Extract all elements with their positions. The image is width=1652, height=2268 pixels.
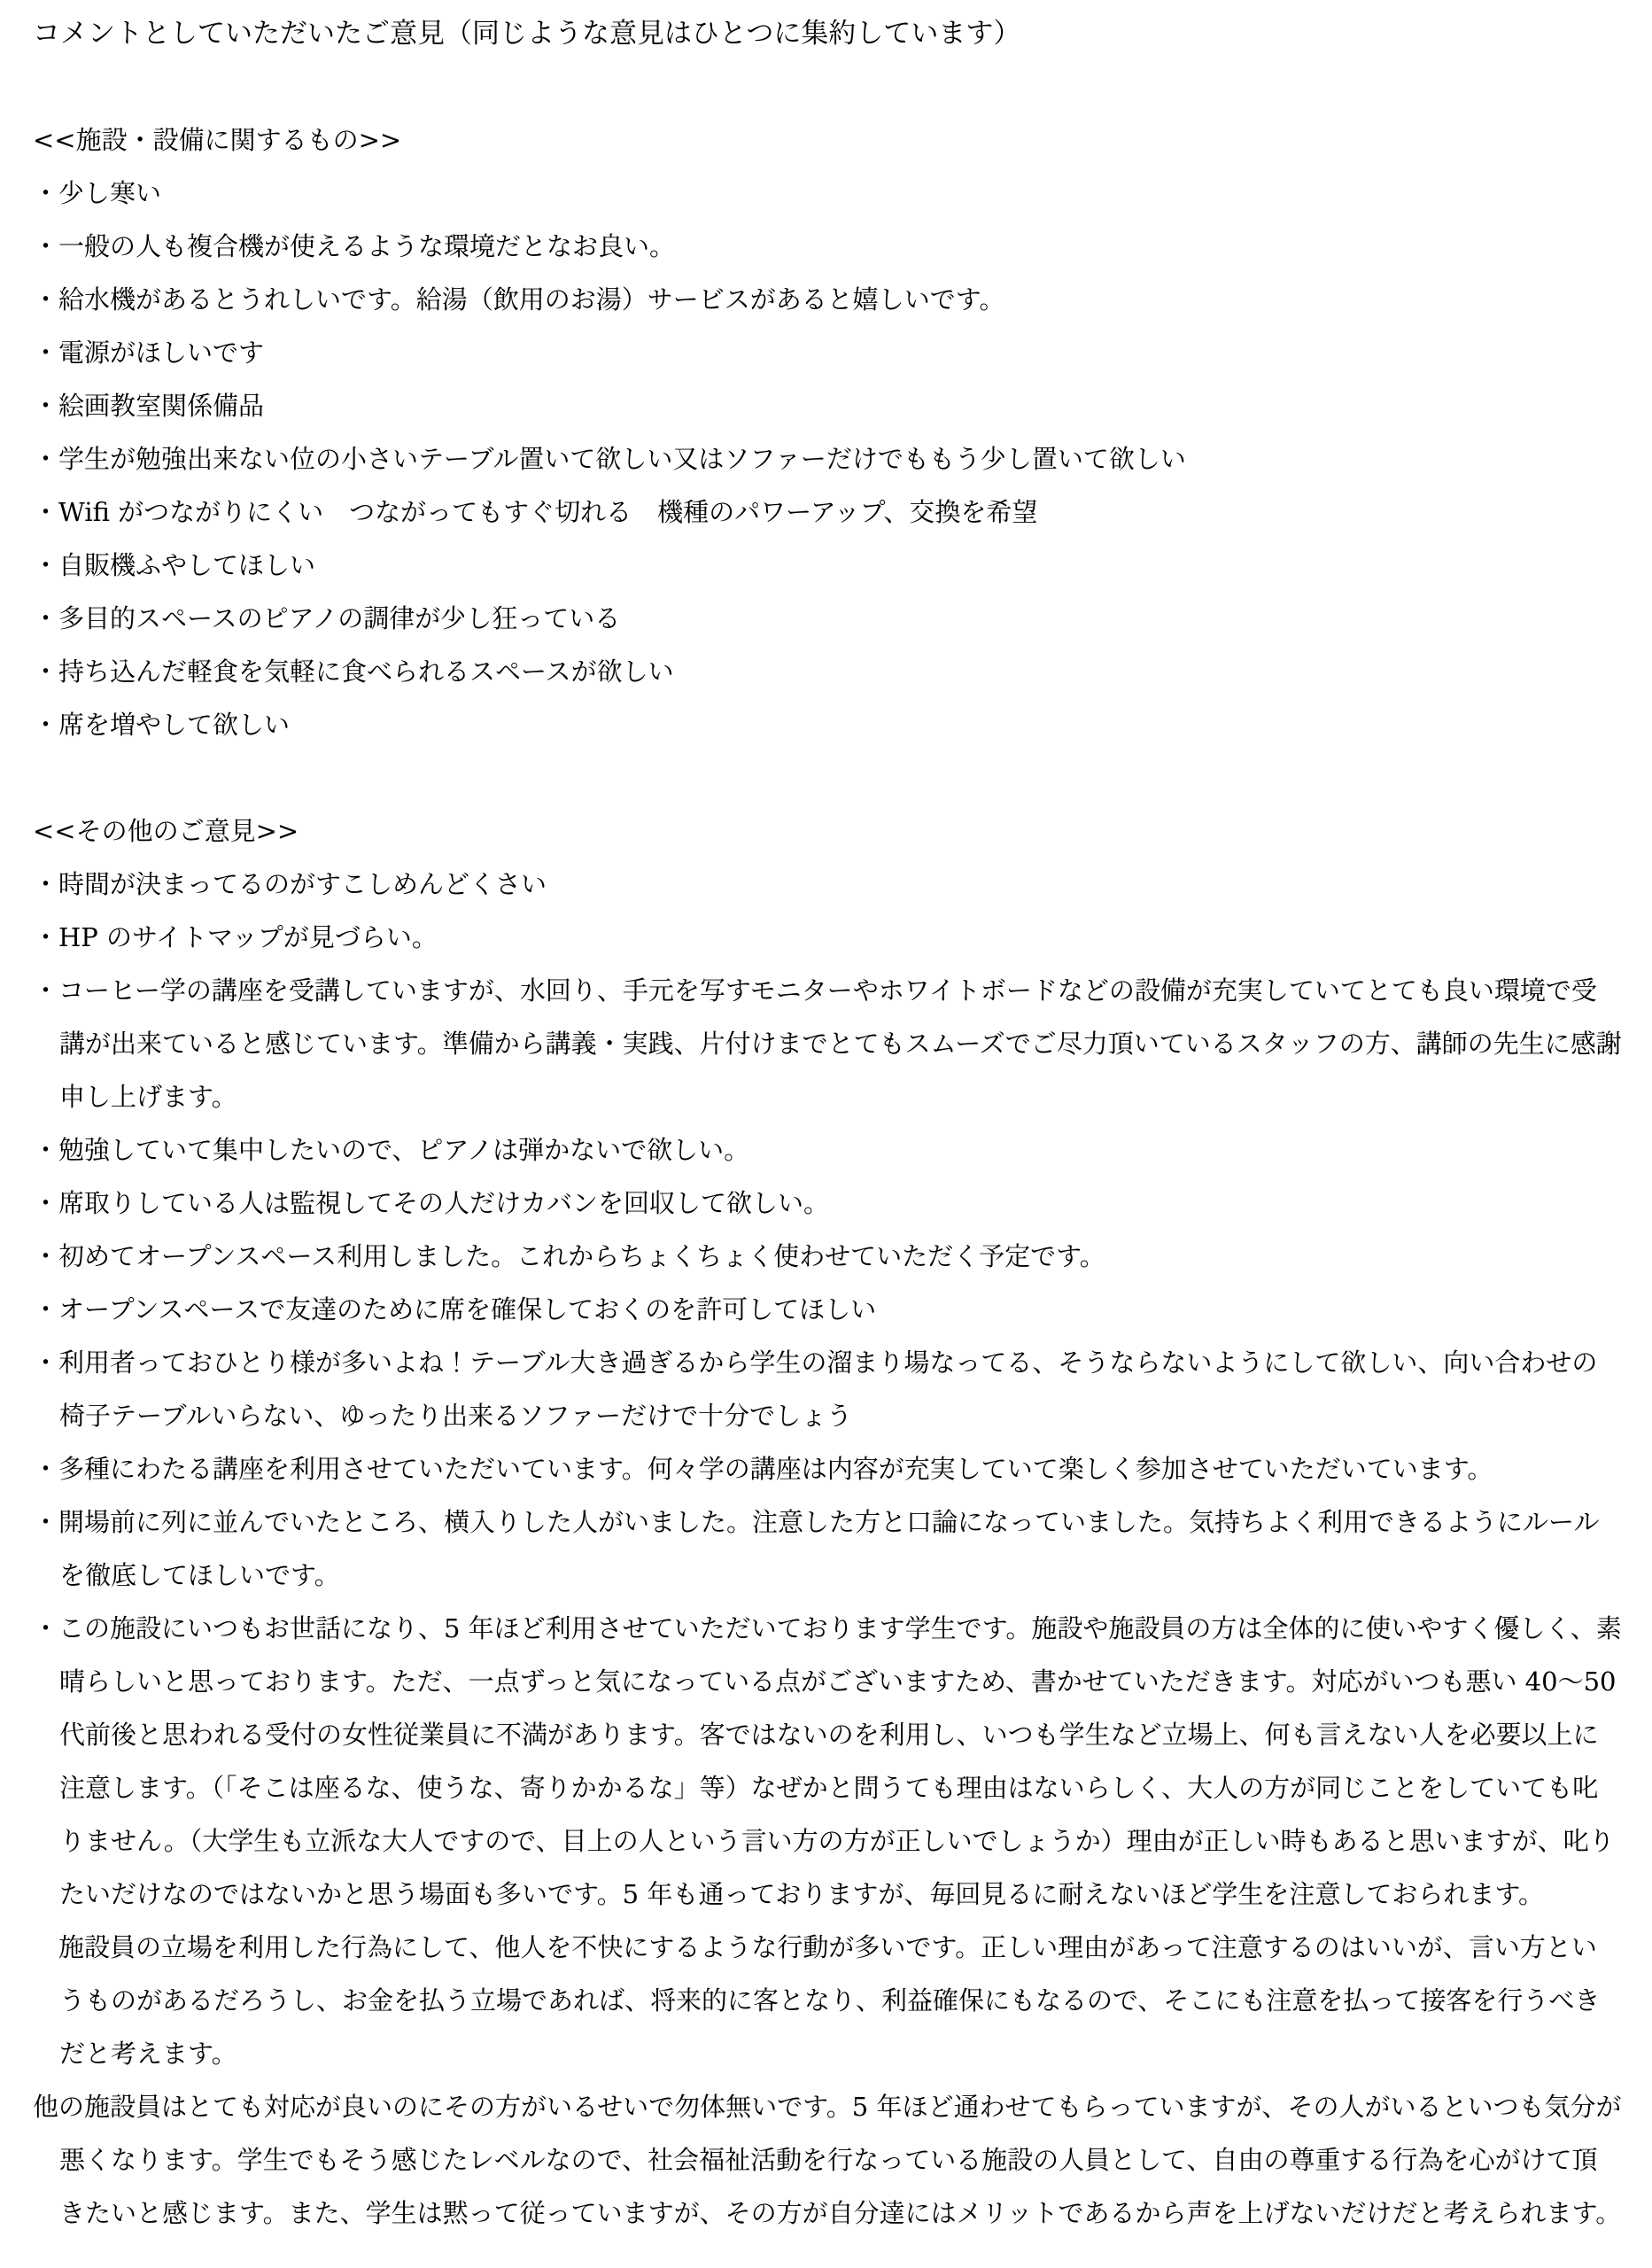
comment-text: 初めてオープンスペース利用しました。これからちょくちょく使わせていただく予定です…: [58, 1241, 1105, 1271]
comment-item: ・初めてオープンスペース利用しました。これからちょくちょく使わせていただく予定で…: [33, 1230, 1622, 1283]
comment-line: ・少し寒い: [59, 167, 1622, 220]
comment-line: ・利用者っておひとり様が多いよね！テーブル大き過ぎるから学生の溜まり場なってる、…: [59, 1336, 1622, 1442]
comment-item: ・利用者っておひとり様が多いよね！テーブル大き過ぎるから学生の溜まり場なってる、…: [33, 1336, 1622, 1442]
comment-line: ・自販機ふやしてほしい: [59, 539, 1622, 592]
bullet-marker: ・: [33, 869, 58, 899]
comment-item: ・給水機があるとうれしいです。給湯（飲用のお湯）サービスがあると嬉しいです。: [33, 273, 1622, 326]
bullet-marker: ・: [33, 710, 58, 740]
comment-text: 学生が勉強出来ない位の小さいテーブル置いて欲しい又はソファーだけでももう少し置い…: [58, 444, 1186, 474]
comment-text: オープンスペースで友達のために席を確保しておくのを許可してほしい: [58, 1294, 876, 1324]
comment-line: ・コーヒー学の講座を受講していますが、水回り、手元を写すモニターやホワイトボード…: [59, 964, 1622, 1123]
bullet-marker: ・: [33, 1135, 58, 1165]
comment-item: ・電源がほしいです: [33, 326, 1622, 379]
comment-text: 利用者っておひとり様が多いよね！テーブル大き過ぎるから学生の溜まり場なってる、そ…: [58, 1348, 1597, 1431]
comment-item: ・持ち込んだ軽食を気軽に食べられるスペースが欲しい: [33, 645, 1622, 698]
bullet-marker: ・: [33, 1294, 58, 1324]
bullet-marker: ・: [33, 1188, 58, 1218]
comment-item: ・一般の人も複合機が使えるような環境だとなお良い。: [33, 220, 1622, 273]
comment-text: HP のサイトマップが見づらい。: [58, 922, 438, 952]
comment-text: 自販機ふやしてほしい: [58, 550, 315, 580]
comment-list: ・時間が決まってるのがすこしめんどくさい ・HP のサイトマップが見づらい。 ・…: [33, 858, 1622, 2240]
bullet-marker: ・: [33, 391, 58, 421]
comment-text: 電源がほしいです: [58, 338, 264, 368]
comment-text: 勉強していて集中したいので、ピアノは弾かないで欲しい。: [58, 1135, 749, 1165]
bullet-marker: ・: [33, 231, 58, 261]
comment-line: ・Wifi がつながりにくい つながってもすぐ切れる 機種のパワーアップ、交換を…: [59, 485, 1622, 539]
comment-text: Wifi がつながりにくい つながってもすぐ切れる 機種のパワーアップ、交換を希…: [58, 497, 1037, 527]
comment-line: ・持ち込んだ軽食を気軽に食べられるスペースが欲しい: [59, 645, 1622, 698]
comment-line: ・多目的スペースのピアノの調律が少し狂っている: [59, 592, 1622, 645]
bullet-marker: ・: [33, 975, 58, 1006]
comment-item: ・学生が勉強出来ない位の小さいテーブル置いて欲しい又はソファーだけでももう少し置…: [33, 432, 1622, 485]
comment-line: ・勉強していて集中したいので、ピアノは弾かないで欲しい。: [59, 1123, 1622, 1177]
comment-item: ・時間が決まってるのがすこしめんどくさい: [33, 858, 1622, 911]
comment-text: 絵画教室関係備品: [58, 391, 264, 421]
comment-item: ・自販機ふやしてほしい: [33, 539, 1622, 592]
bullet-marker: ・: [33, 284, 58, 315]
comment-line: ・多種にわたる講座を利用させていただいています。何々学の講座は内容が充実していて…: [59, 1442, 1622, 1495]
bullet-marker: ・: [33, 178, 58, 208]
comment-line: ・学生が勉強出来ない位の小さいテーブル置いて欲しい又はソファーだけでももう少し置…: [59, 432, 1622, 485]
comment-paragraph: 施設員の立場を利用した行為にして、他人を不快にするような行動が多いです。正しい理…: [59, 1921, 1622, 2080]
comment-text: 多種にわたる講座を利用させていただいています。何々学の講座は内容が充実していて楽…: [58, 1454, 1493, 1484]
comment-line: ・席を増やして欲しい: [59, 698, 1622, 751]
comment-item: ・絵画教室関係備品: [33, 379, 1622, 432]
bullet-marker: ・: [33, 338, 58, 368]
comment-item: ・HP のサイトマップが見づらい。: [33, 911, 1622, 964]
comment-paragraph: 他の施設員はとても対応が良いのにその方がいるせいで勿体無いです。5 年ほど通わせ…: [59, 2080, 1622, 2240]
bullet-marker: ・: [33, 1613, 58, 1643]
comment-sections: <<施設・設備に関するもの>> ・少し寒い ・一般の人も複合機が使えるような環境…: [33, 113, 1622, 2240]
bullet-marker: ・: [33, 922, 58, 952]
comment-line: ・電源がほしいです: [59, 326, 1622, 379]
comment-item: ・多種にわたる講座を利用させていただいています。何々学の講座は内容が充実していて…: [33, 1442, 1622, 1495]
comment-item: ・Wifi がつながりにくい つながってもすぐ切れる 機種のパワーアップ、交換を…: [33, 485, 1622, 539]
comment-section: <<その他のご意見>> ・時間が決まってるのがすこしめんどくさい ・HP のサイ…: [33, 804, 1622, 2240]
comment-item: ・少し寒い: [33, 167, 1622, 220]
comment-text: 少し寒い: [58, 178, 161, 208]
bullet-marker: ・: [33, 444, 58, 474]
comment-section: <<施設・設備に関するもの>> ・少し寒い ・一般の人も複合機が使えるような環境…: [33, 113, 1622, 751]
comment-item: ・開場前に列に並んでいたところ、横入りした人がいました。注意した方と口論になって…: [33, 1495, 1622, 1602]
comment-line: ・HP のサイトマップが見づらい。: [59, 911, 1622, 964]
comment-item: ・この施設にいつもお世話になり、5 年ほど利用させていただいております学生です。…: [33, 1602, 1622, 2240]
comment-item: ・勉強していて集中したいので、ピアノは弾かないで欲しい。: [33, 1123, 1622, 1177]
comment-text: 時間が決まってるのがすこしめんどくさい: [58, 869, 547, 899]
comment-text: 持ち込んだ軽食を気軽に食べられるスペースが欲しい: [58, 656, 674, 687]
bullet-marker: ・: [33, 550, 58, 580]
bullet-marker: ・: [33, 1241, 58, 1271]
bullet-marker: ・: [33, 603, 58, 633]
comment-text: 一般の人も複合機が使えるような環境だとなお良い。: [58, 231, 675, 261]
comment-item: ・コーヒー学の講座を受講していますが、水回り、手元を写すモニターやホワイトボード…: [33, 964, 1622, 1123]
comment-line: ・開場前に列に並んでいたところ、横入りした人がいました。注意した方と口論になって…: [59, 1495, 1622, 1602]
comment-line: ・オープンスペースで友達のために席を確保しておくのを許可してほしい: [59, 1283, 1622, 1336]
document-page: コメントとしていただいたご意見（同じような意見はひとつに集約しています） <<施…: [0, 0, 1652, 2268]
comment-text: コーヒー学の講座を受講していますが、水回り、手元を写すモニターやホワイトボードな…: [58, 975, 1622, 1112]
bullet-marker: ・: [33, 1348, 58, 1378]
bullet-marker: ・: [33, 1454, 58, 1484]
comment-list: ・少し寒い ・一般の人も複合機が使えるような環境だとなお良い。 ・給水機があると…: [33, 167, 1622, 751]
comment-line: ・初めてオープンスペース利用しました。これからちょくちょく使わせていただく予定で…: [59, 1230, 1622, 1283]
comment-line: ・給水機があるとうれしいです。給湯（飲用のお湯）サービスがあると嬉しいです。: [59, 273, 1622, 326]
comment-text: 席を増やして欲しい: [58, 710, 290, 740]
comment-text: 席取りしている人は監視してその人だけカバンを回収して欲しい。: [58, 1188, 829, 1218]
bullet-marker: ・: [33, 497, 58, 527]
comment-text: 給水機があるとうれしいです。給湯（飲用のお湯）サービスがあると嬉しいです。: [58, 284, 1004, 315]
comment-line: ・一般の人も複合機が使えるような環境だとなお良い。: [59, 220, 1622, 273]
section-heading: <<施設・設備に関するもの>>: [33, 113, 1622, 167]
bullet-marker: ・: [33, 656, 58, 687]
section-heading: <<その他のご意見>>: [33, 804, 1622, 858]
comment-item: ・席を増やして欲しい: [33, 698, 1622, 751]
bullet-marker: ・: [33, 1507, 58, 1537]
comment-item: ・多目的スペースのピアノの調律が少し狂っている: [33, 592, 1622, 645]
comment-line: ・席取りしている人は監視してその人だけカバンを回収して欲しい。: [59, 1177, 1622, 1230]
comment-text: 多目的スペースのピアノの調律が少し狂っている: [58, 603, 620, 633]
comment-line: ・この施設にいつもお世話になり、5 年ほど利用させていただいております学生です。…: [59, 1602, 1622, 1921]
comment-line: ・時間が決まってるのがすこしめんどくさい: [59, 858, 1622, 911]
comment-item: ・オープンスペースで友達のために席を確保しておくのを許可してほしい: [33, 1283, 1622, 1336]
comment-text: この施設にいつもお世話になり、5 年ほど利用させていただいております学生です。施…: [58, 1613, 1622, 1909]
comment-text: 開場前に列に並んでいたところ、横入りした人がいました。注意した方と口論になってい…: [58, 1507, 1599, 1590]
page-title: コメントとしていただいたご意見（同じような意見はひとつに集約しています）: [33, 7, 1622, 60]
comment-line: ・絵画教室関係備品: [59, 379, 1622, 432]
comment-item: ・席取りしている人は監視してその人だけカバンを回収して欲しい。: [33, 1177, 1622, 1230]
